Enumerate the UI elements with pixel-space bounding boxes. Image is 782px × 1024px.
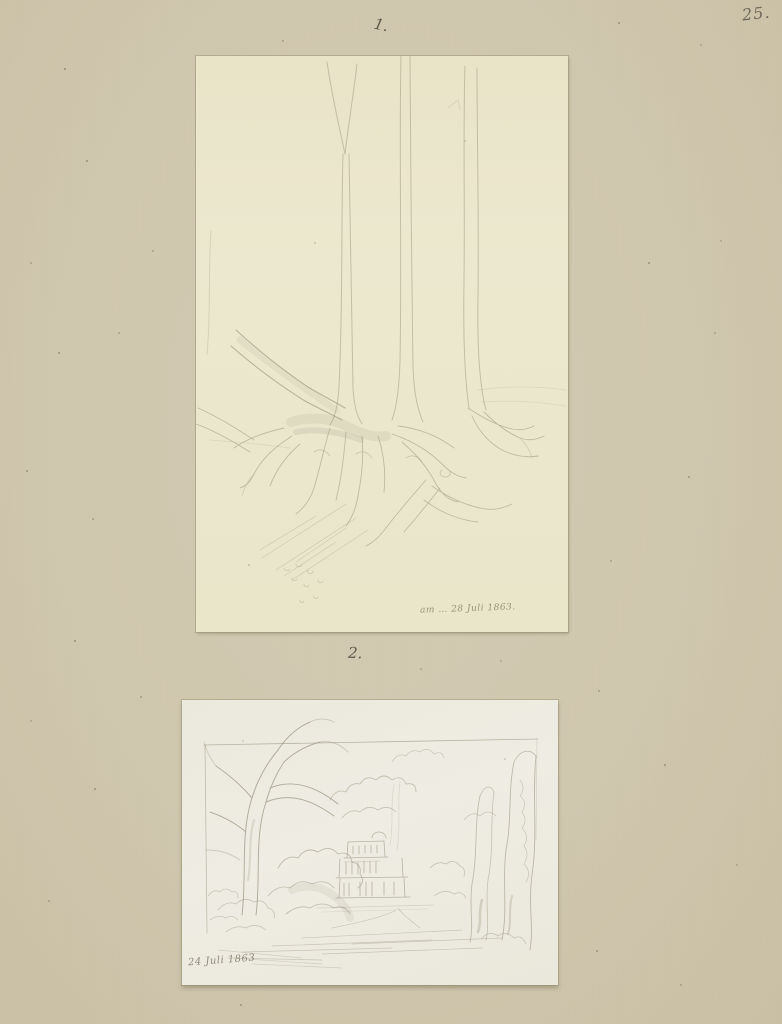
root-shading	[291, 419, 386, 440]
figure-1-label: 1.	[372, 15, 390, 36]
sketch-1-sheet: am … 28 Juli 1863.	[196, 56, 568, 632]
left-tree-drawing	[204, 719, 348, 915]
right-trees-drawing	[430, 751, 536, 950]
lawn-strokes	[218, 908, 502, 968]
sketch-2-sheet: 24 Juli 1863	[182, 700, 558, 985]
tree-trunks-drawing	[207, 56, 486, 425]
thick-branch-drawing	[231, 330, 345, 420]
sketch-1-drawing-forest-roots	[196, 56, 568, 632]
album-page: 25. 1.	[0, 0, 782, 1024]
roots-drawing	[196, 387, 566, 546]
frame-lines	[204, 739, 538, 933]
sketch-2-drawing-villa	[182, 700, 558, 985]
mount-paper-flecks	[0, 0, 2, 2]
figure-2-label: 2.	[348, 644, 363, 662]
pebble-scribbles	[284, 564, 323, 603]
folio-number: 25.	[741, 3, 771, 25]
